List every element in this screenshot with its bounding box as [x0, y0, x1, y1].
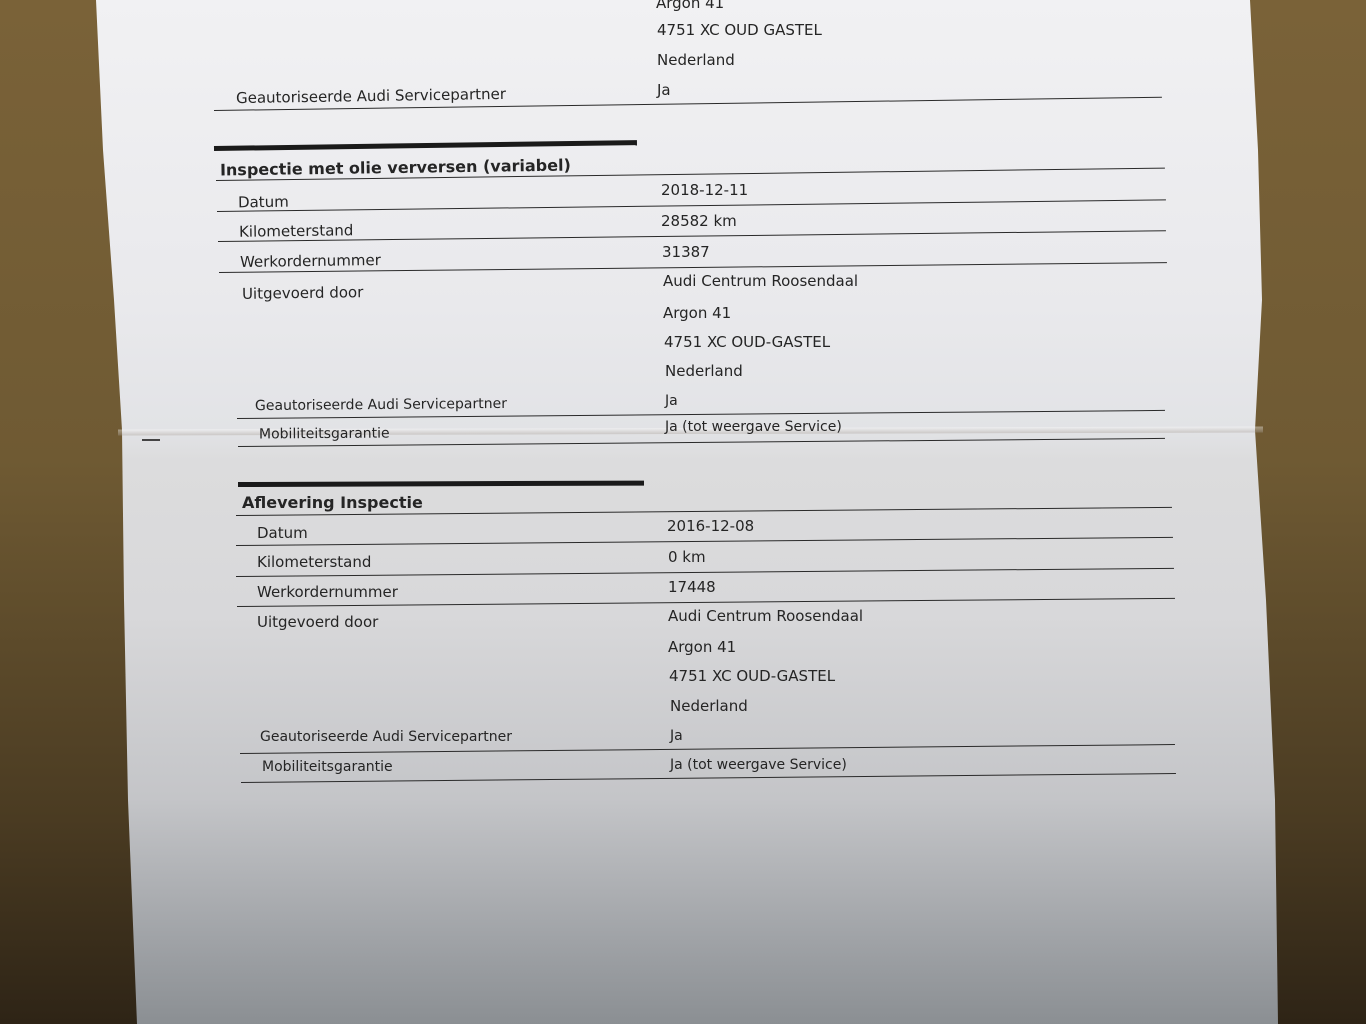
row-value-servicepartner: Ja: [670, 728, 683, 744]
row-value-mobiliteitsgarantie: Ja (tot weergave Service): [670, 757, 847, 773]
row-label-mobiliteitsgarantie: Mobiliteitsgarantie: [259, 426, 390, 443]
row-divider: [236, 537, 1173, 546]
address-line: 4751 XC OUD GASTEL: [657, 21, 822, 39]
row-label-datum: Datum: [238, 193, 289, 212]
row-label-werkordernummer: Werkordernummer: [240, 251, 381, 271]
row-value-werkordernummer: 17448: [668, 578, 716, 596]
row-value-uitgevoerd-door: Audi Centrum Roosendaal: [663, 272, 858, 290]
row-value-mobiliteitsgarantie: Ja (tot weergave Service): [665, 419, 842, 435]
row-divider: [217, 199, 1166, 212]
row-value-werkordernummer: 31387: [662, 243, 710, 261]
row-value-datum: 2018-12-11: [661, 181, 748, 199]
address-line: 4751 XC OUD-GASTEL: [664, 333, 830, 351]
section-title: Aflevering Inspectie: [242, 493, 423, 512]
service-record-document: Argon 41 4751 XC OUD GASTEL Nederland Ge…: [0, 0, 1366, 1024]
row-value: Ja: [657, 81, 671, 99]
section-header-bar: [214, 140, 637, 151]
address-line: Nederland: [657, 51, 735, 69]
row-value-datum: 2016-12-08: [667, 517, 754, 535]
row-label-servicepartner: Geautoriseerde Audi Servicepartner: [260, 729, 512, 745]
row-value-servicepartner: Ja: [665, 393, 678, 409]
row-label-werkordernummer: Werkordernummer: [257, 583, 398, 601]
row-divider: [240, 744, 1175, 754]
row-label-kilometerstand: Kilometerstand: [257, 553, 371, 571]
address-line: Nederland: [670, 697, 748, 715]
address-line: Argon 41: [668, 638, 736, 656]
row-value-uitgevoerd-door: Audi Centrum Roosendaal: [668, 607, 863, 625]
row-value-kilometerstand: 0 km: [668, 548, 706, 566]
row-divider: [218, 230, 1166, 242]
row-label-uitgevoerd-door: Uitgevoerd door: [242, 283, 364, 303]
address-line: 4751 XC OUD-GASTEL: [669, 667, 835, 685]
row-label-kilometerstand: Kilometerstand: [239, 221, 354, 241]
row-label-datum: Datum: [257, 524, 308, 542]
row-value-kilometerstand: 28582 km: [661, 212, 737, 230]
address-line: Argon 41: [656, 0, 724, 12]
row-label-mobiliteitsgarantie: Mobiliteitsgarantie: [262, 759, 393, 775]
section-header-bar: [238, 481, 644, 487]
address-line: Argon 41: [663, 304, 731, 322]
row-label: Geautoriseerde Audi Servicepartner: [236, 85, 506, 107]
row-divider: [236, 568, 1174, 577]
address-line: Nederland: [665, 362, 743, 380]
row-label-uitgevoerd-door: Uitgevoerd door: [257, 613, 378, 631]
row-label-servicepartner: Geautoriseerde Audi Servicepartner: [255, 396, 507, 414]
